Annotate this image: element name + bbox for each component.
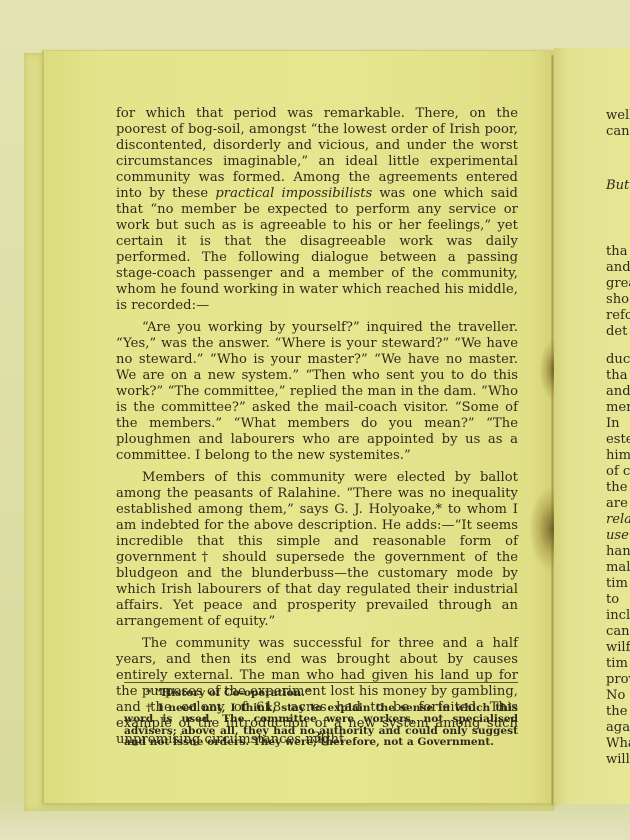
facing-page-line: incl xyxy=(606,608,630,624)
facing-page-line: use xyxy=(606,528,630,544)
italic-phrase: practical impossibilists xyxy=(215,186,372,201)
footnote-1: * “History of Co-operation.” xyxy=(124,688,518,700)
facing-page: wellcan’Butthaandgreashorefodetducthaand… xyxy=(554,48,630,804)
facing-page-line: can xyxy=(606,624,630,640)
facing-page-line: and xyxy=(606,260,630,276)
paragraph-1: for which that period was remarkable. Th… xyxy=(116,106,518,314)
footnote-rule xyxy=(124,682,518,683)
facing-page-line: will xyxy=(606,752,630,768)
facing-page-line: han xyxy=(606,544,630,560)
facing-page-line: to xyxy=(606,592,630,608)
facing-page-line: No xyxy=(606,688,630,704)
facing-page-line: tha xyxy=(606,244,630,260)
facing-page-line: the xyxy=(606,480,630,496)
facing-page-line: But xyxy=(606,178,630,194)
facing-page-line: the xyxy=(606,704,630,720)
facing-page-line: det xyxy=(606,324,630,340)
facing-page-line: duc xyxy=(606,352,630,368)
facing-page-line: him xyxy=(606,448,630,464)
paragraph-3: Members of this community were elected b… xyxy=(116,470,518,630)
facing-page-line: In xyxy=(606,416,630,432)
facing-page-line: can’ xyxy=(606,124,630,140)
facing-page-line: and xyxy=(606,384,630,400)
body-text: for which that period was remarkable. Th… xyxy=(116,106,518,748)
page-number: 30 xyxy=(312,730,330,746)
facing-page-line: prov xyxy=(606,672,630,688)
facing-page-line: tim xyxy=(606,576,630,592)
facing-page-line: Wha xyxy=(606,736,630,752)
facing-page-line: sho xyxy=(606,292,630,308)
facing-page-line: mer xyxy=(606,400,630,416)
facing-page-line: agai xyxy=(606,720,630,736)
paragraph-2: “Are you working by yourself?” inquired … xyxy=(116,320,518,464)
facing-page-line: grea xyxy=(606,276,630,292)
facing-page-line: tha xyxy=(606,368,630,384)
facing-page-line: mal xyxy=(606,560,630,576)
facing-page-line: wilf xyxy=(606,640,630,656)
facing-page-line: este xyxy=(606,432,630,448)
facing-page-line: are xyxy=(606,496,630,512)
facing-page-line: well xyxy=(606,108,630,124)
facing-page-line: refo xyxy=(606,308,630,324)
facing-page-line: rela xyxy=(606,512,630,528)
facing-page-line: tim xyxy=(606,656,630,672)
facing-page-line: of c xyxy=(606,464,630,480)
